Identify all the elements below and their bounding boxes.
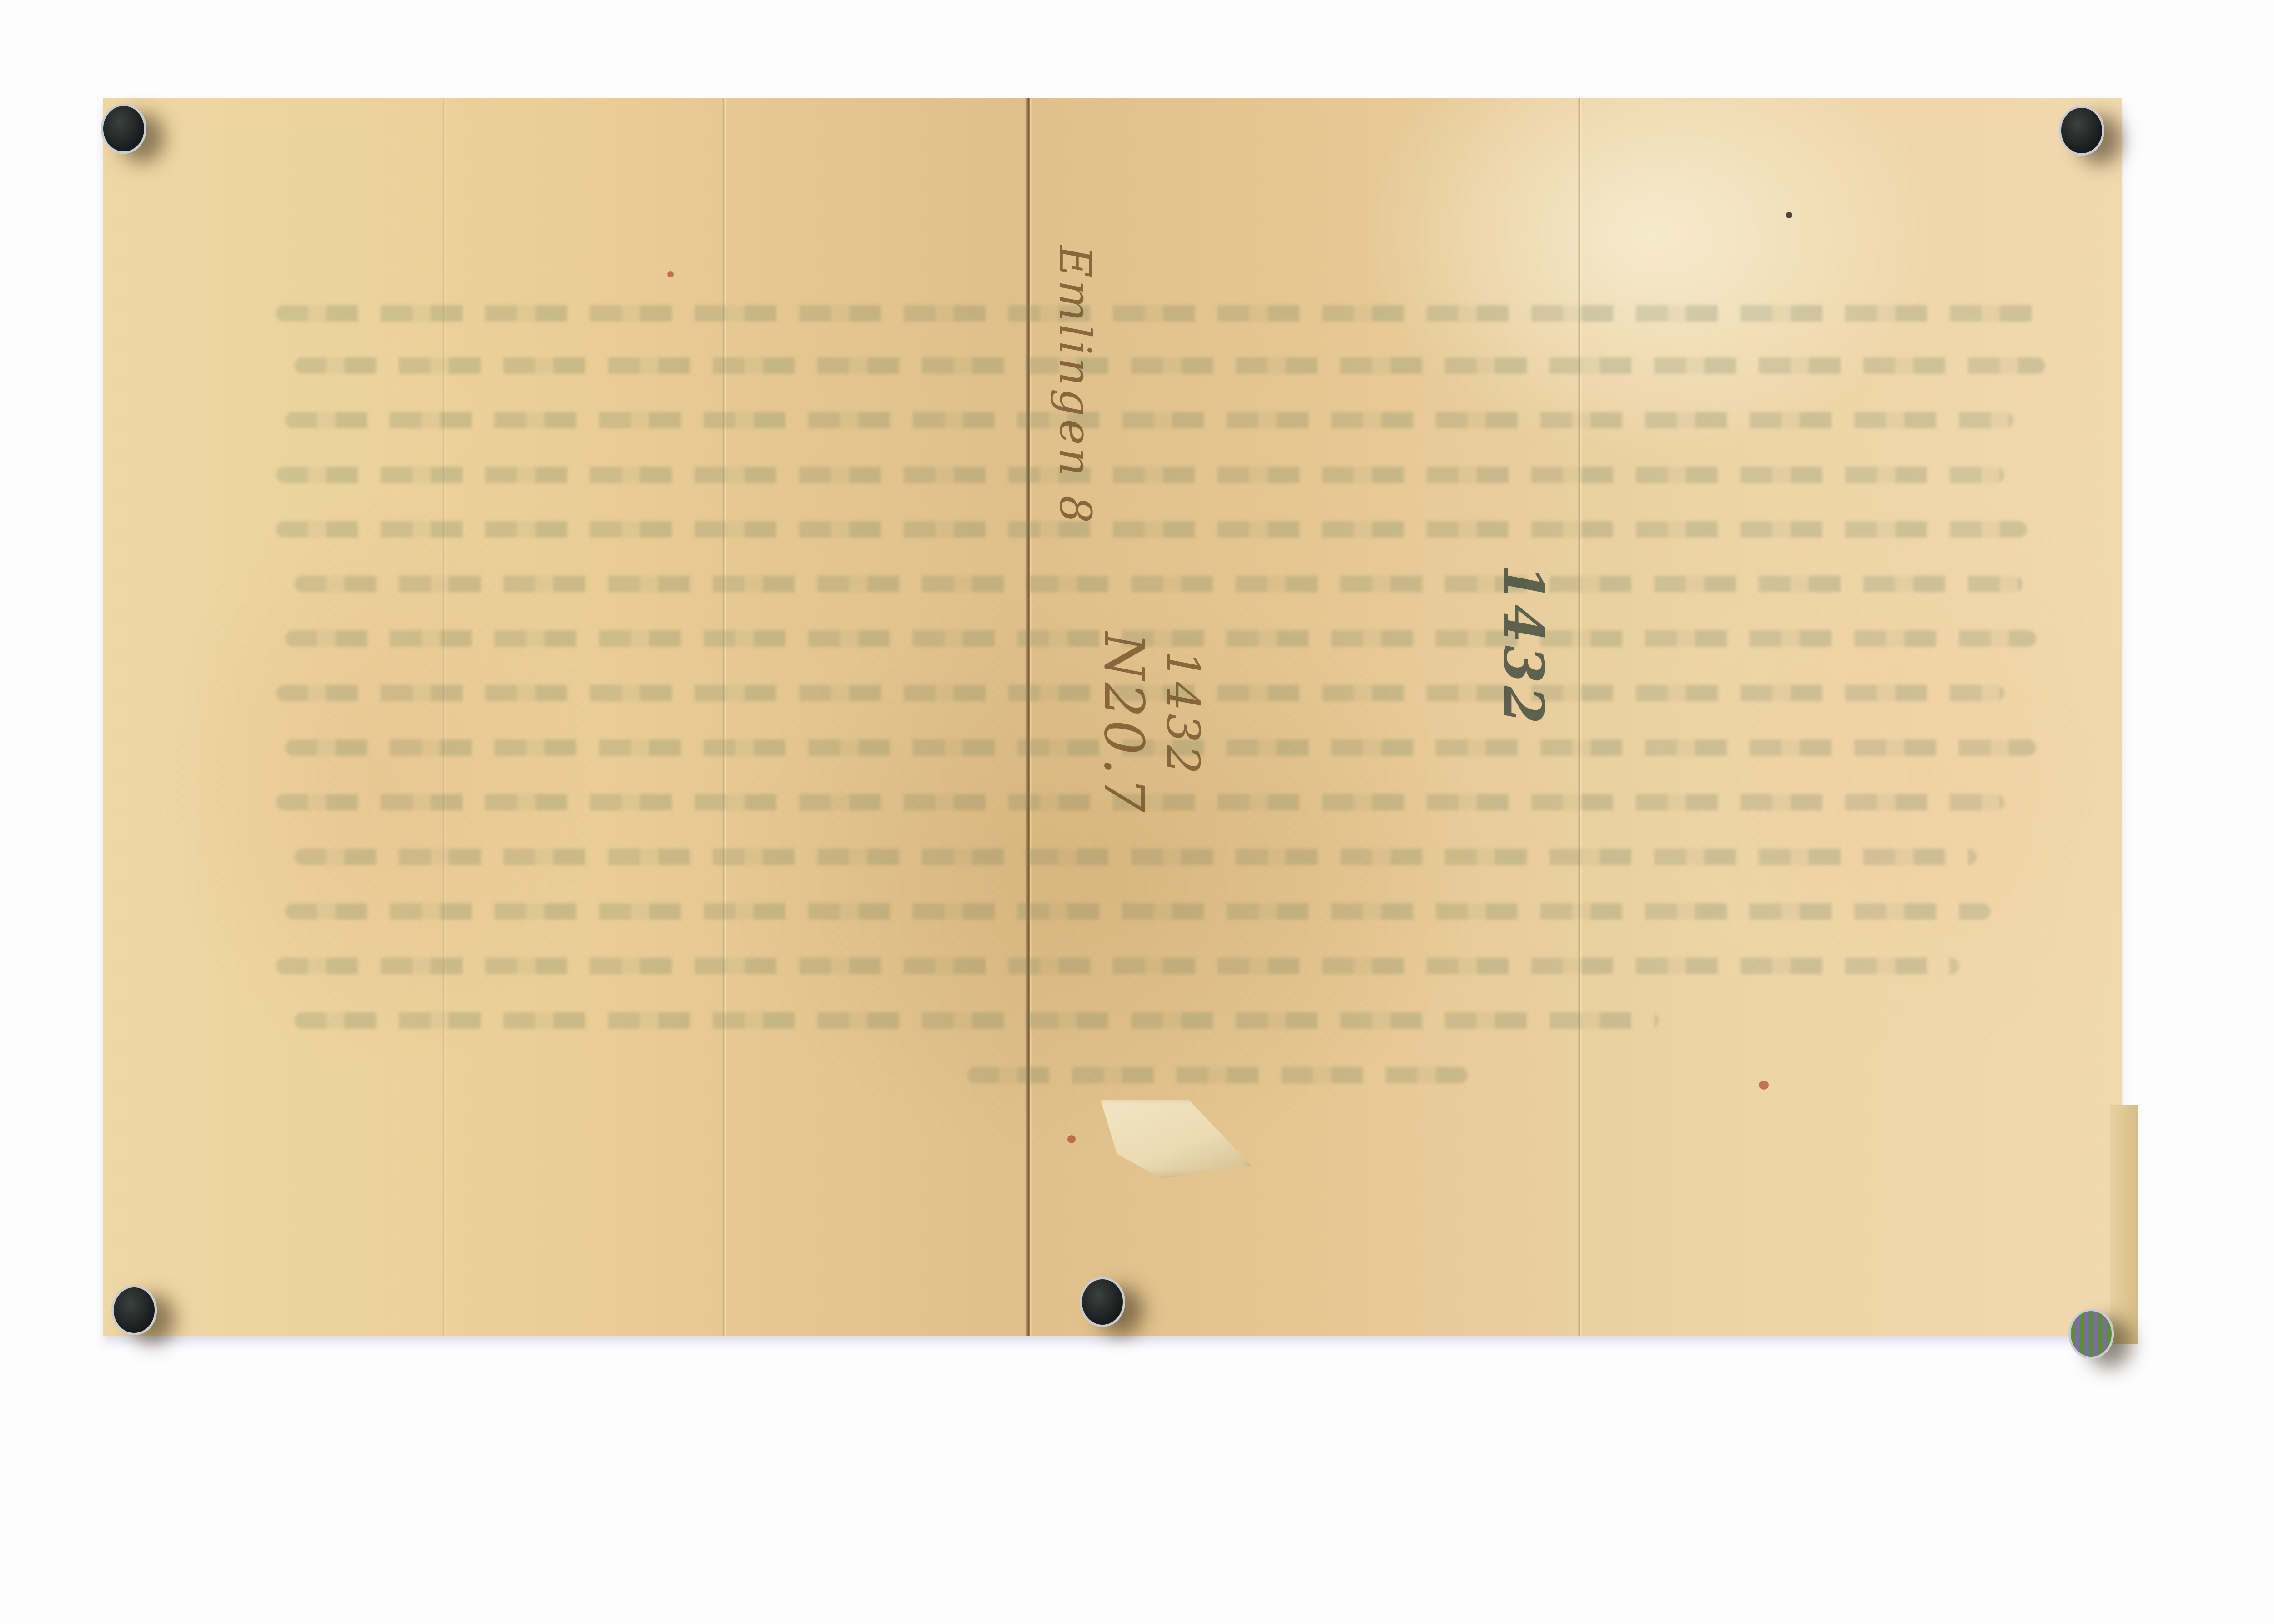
bleed-through-text bbox=[276, 521, 2027, 538]
bleed-through-text bbox=[285, 630, 2036, 647]
bleed-through-text bbox=[294, 849, 1977, 865]
bleed-through-text bbox=[276, 958, 1959, 974]
annotation-place: Emlingen 8 bbox=[1050, 246, 1101, 526]
bleed-through-text bbox=[285, 412, 2013, 428]
fold-line bbox=[1025, 98, 1032, 1336]
magnet-pin-icon bbox=[1080, 1277, 1125, 1327]
fold-line bbox=[442, 98, 447, 1336]
bleed-through-text bbox=[285, 903, 1991, 920]
bleed-through-text bbox=[294, 576, 2022, 592]
bleed-through-text bbox=[276, 467, 2004, 483]
bleed-through-text bbox=[967, 1067, 1468, 1083]
magnet-pin-icon bbox=[2059, 106, 2104, 156]
folded-flap bbox=[2110, 1105, 2138, 1344]
ink-stain bbox=[1759, 1081, 1769, 1090]
magnet-pin-icon bbox=[111, 1285, 157, 1335]
annotation-signature: N20.7 bbox=[1092, 632, 1155, 815]
fold-line bbox=[722, 98, 727, 1336]
bleed-through-text bbox=[294, 357, 2045, 374]
annotation-year-dark: 1432 bbox=[1491, 564, 1555, 727]
ink-stain bbox=[1067, 1135, 1076, 1143]
bleed-through-text bbox=[294, 1012, 1659, 1029]
annotation-year-brown: 1432 bbox=[1157, 650, 1210, 777]
fold-line bbox=[1578, 98, 1582, 1336]
magnet-pin-icon bbox=[2068, 1309, 2114, 1359]
ink-stain bbox=[667, 271, 674, 277]
ink-stain bbox=[1786, 212, 1792, 218]
bleed-through-text bbox=[276, 305, 2050, 322]
magnet-pin-icon bbox=[101, 104, 146, 154]
